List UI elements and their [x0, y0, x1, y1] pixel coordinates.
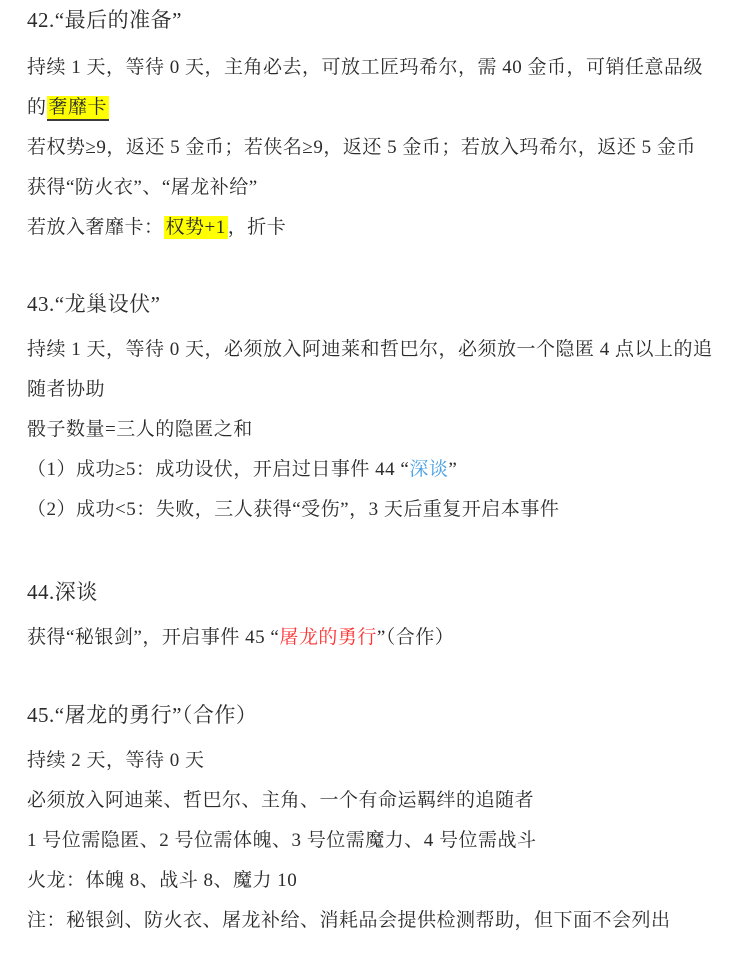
section-43: 43.“龙巢设伏” 持续 1 天，等待 0 天，必须放入阿迪莱和哲巴尔，必须放一… [27, 290, 721, 530]
text-line: 1 号位需隐匿、2 号位需体魄、3 号位需魔力、4 号位需战斗 [27, 821, 721, 861]
text-segment: 1 号位需隐匿、2 号位需体魄、3 号位需魔力、4 号位需战斗 [27, 830, 537, 851]
text-line: 随者协助 [27, 370, 721, 410]
section-45: 45.“屠龙的勇行”（合作） 持续 2 天，等待 0 天 必须放入阿迪莱、哲巴尔… [27, 701, 721, 941]
section-45-body: 持续 2 天，等待 0 天 必须放入阿迪莱、哲巴尔、主角、一个有命运羁绊的追随者… [27, 741, 721, 941]
section-43-body: 持续 1 天，等待 0 天，必须放入阿迪莱和哲巴尔，必须放一个隐匿 4 点以上的… [27, 330, 721, 530]
highlighted-term-luxury-card: 奢靡卡 [47, 96, 110, 121]
text-line: 持续 1 天，等待 0 天，主角必去，可放工匠玛希尔，需 40 金币，可销任意品… [27, 48, 721, 88]
text-line: 持续 2 天，等待 0 天 [27, 741, 721, 781]
text-segment: ”（合作） [377, 627, 454, 648]
text-line: （2）成功<5：失败，三人获得“受伤”，3 天后重复开启本事件 [27, 490, 721, 530]
text-line: 的奢靡卡 [27, 88, 721, 128]
section-42: 42.“最后的准备” 持续 1 天，等待 0 天，主角必去，可放工匠玛希尔，需 … [27, 6, 721, 248]
text-line: 必须放入阿迪莱、哲巴尔、主角、一个有命运羁绊的追随者 [27, 781, 721, 821]
text-segment: （2）成功<5：失败，三人获得“受伤”，3 天后重复开启本事件 [27, 499, 559, 520]
text-line: 若放入奢靡卡：权势+1，折卡 [27, 208, 721, 248]
section-44-heading: 44.深谈 [27, 578, 721, 606]
text-segment: 获得“防火衣”、“屠龙补给” [27, 177, 258, 198]
text-segment: 持续 1 天，等待 0 天，主角必去，可放工匠玛希尔，需 40 金币，可销任意品… [27, 57, 703, 78]
text-line: 获得“防火衣”、“屠龙补给” [27, 168, 721, 208]
text-segment: 注：秘银剑、防火衣、屠龙补给、消耗品会提供检测帮助，但下面不会列出 [27, 910, 671, 931]
section-42-body: 持续 1 天，等待 0 天，主角必去，可放工匠玛希尔，需 40 金币，可销任意品… [27, 48, 721, 248]
text-segment: ，折卡 [228, 217, 287, 238]
text-segment: （1）成功≥5：成功设伏，开启过日事件 44 “ [27, 459, 409, 480]
text-line: （1）成功≥5：成功设伏，开启过日事件 44 “深谈” [27, 450, 721, 490]
text-segment: 若权势≥9，返还 5 金币；若侠名≥9，返还 5 金币；若放入玛希尔，返还 5 … [27, 137, 696, 158]
highlighted-term-power-plus-1: 权势+1 [164, 216, 228, 239]
text-line: 骰子数量=三人的隐匿之和 [27, 410, 721, 450]
text-segment: ” [448, 459, 457, 480]
text-segment: 随者协助 [27, 379, 105, 400]
event-name-dragon-slaying: 屠龙的勇行 [279, 627, 377, 648]
event-link-deep-talk: 深谈 [409, 459, 448, 480]
section-44-body: 获得“秘银剑”，开启事件 45 “屠龙的勇行”（合作） [27, 618, 721, 658]
section-42-heading: 42.“最后的准备” [27, 6, 721, 34]
text-line: 持续 1 天，等待 0 天，必须放入阿迪莱和哲巴尔，必须放一个隐匿 4 点以上的… [27, 330, 721, 370]
section-45-heading: 45.“屠龙的勇行”（合作） [27, 701, 721, 729]
text-segment: 必须放入阿迪莱、哲巴尔、主角、一个有命运羁绊的追随者 [27, 790, 534, 811]
section-43-heading: 43.“龙巢设伏” [27, 290, 721, 318]
text-segment: 获得“秘银剑”，开启事件 45 “ [27, 627, 279, 648]
text-segment: 的 [27, 97, 47, 118]
text-segment: 持续 2 天，等待 0 天 [27, 750, 205, 771]
text-line: 火龙：体魄 8、战斗 8、魔力 10 [27, 861, 721, 901]
document-page: 42.“最后的准备” 持续 1 天，等待 0 天，主角必去，可放工匠玛希尔，需 … [0, 0, 741, 941]
text-line: 注：秘银剑、防火衣、屠龙补给、消耗品会提供检测帮助，但下面不会列出 [27, 901, 721, 941]
text-line: 若权势≥9，返还 5 金币；若侠名≥9，返还 5 金币；若放入玛希尔，返还 5 … [27, 128, 721, 168]
text-segment: 骰子数量=三人的隐匿之和 [27, 419, 253, 440]
text-segment: 若放入奢靡卡： [27, 217, 164, 238]
text-segment: 持续 1 天，等待 0 天，必须放入阿迪莱和哲巴尔，必须放一个隐匿 4 点以上的… [27, 339, 713, 360]
section-44: 44.深谈 获得“秘银剑”，开启事件 45 “屠龙的勇行”（合作） [27, 578, 721, 658]
text-line: 获得“秘银剑”，开启事件 45 “屠龙的勇行”（合作） [27, 618, 721, 658]
text-segment: 火龙：体魄 8、战斗 8、魔力 10 [27, 870, 297, 891]
